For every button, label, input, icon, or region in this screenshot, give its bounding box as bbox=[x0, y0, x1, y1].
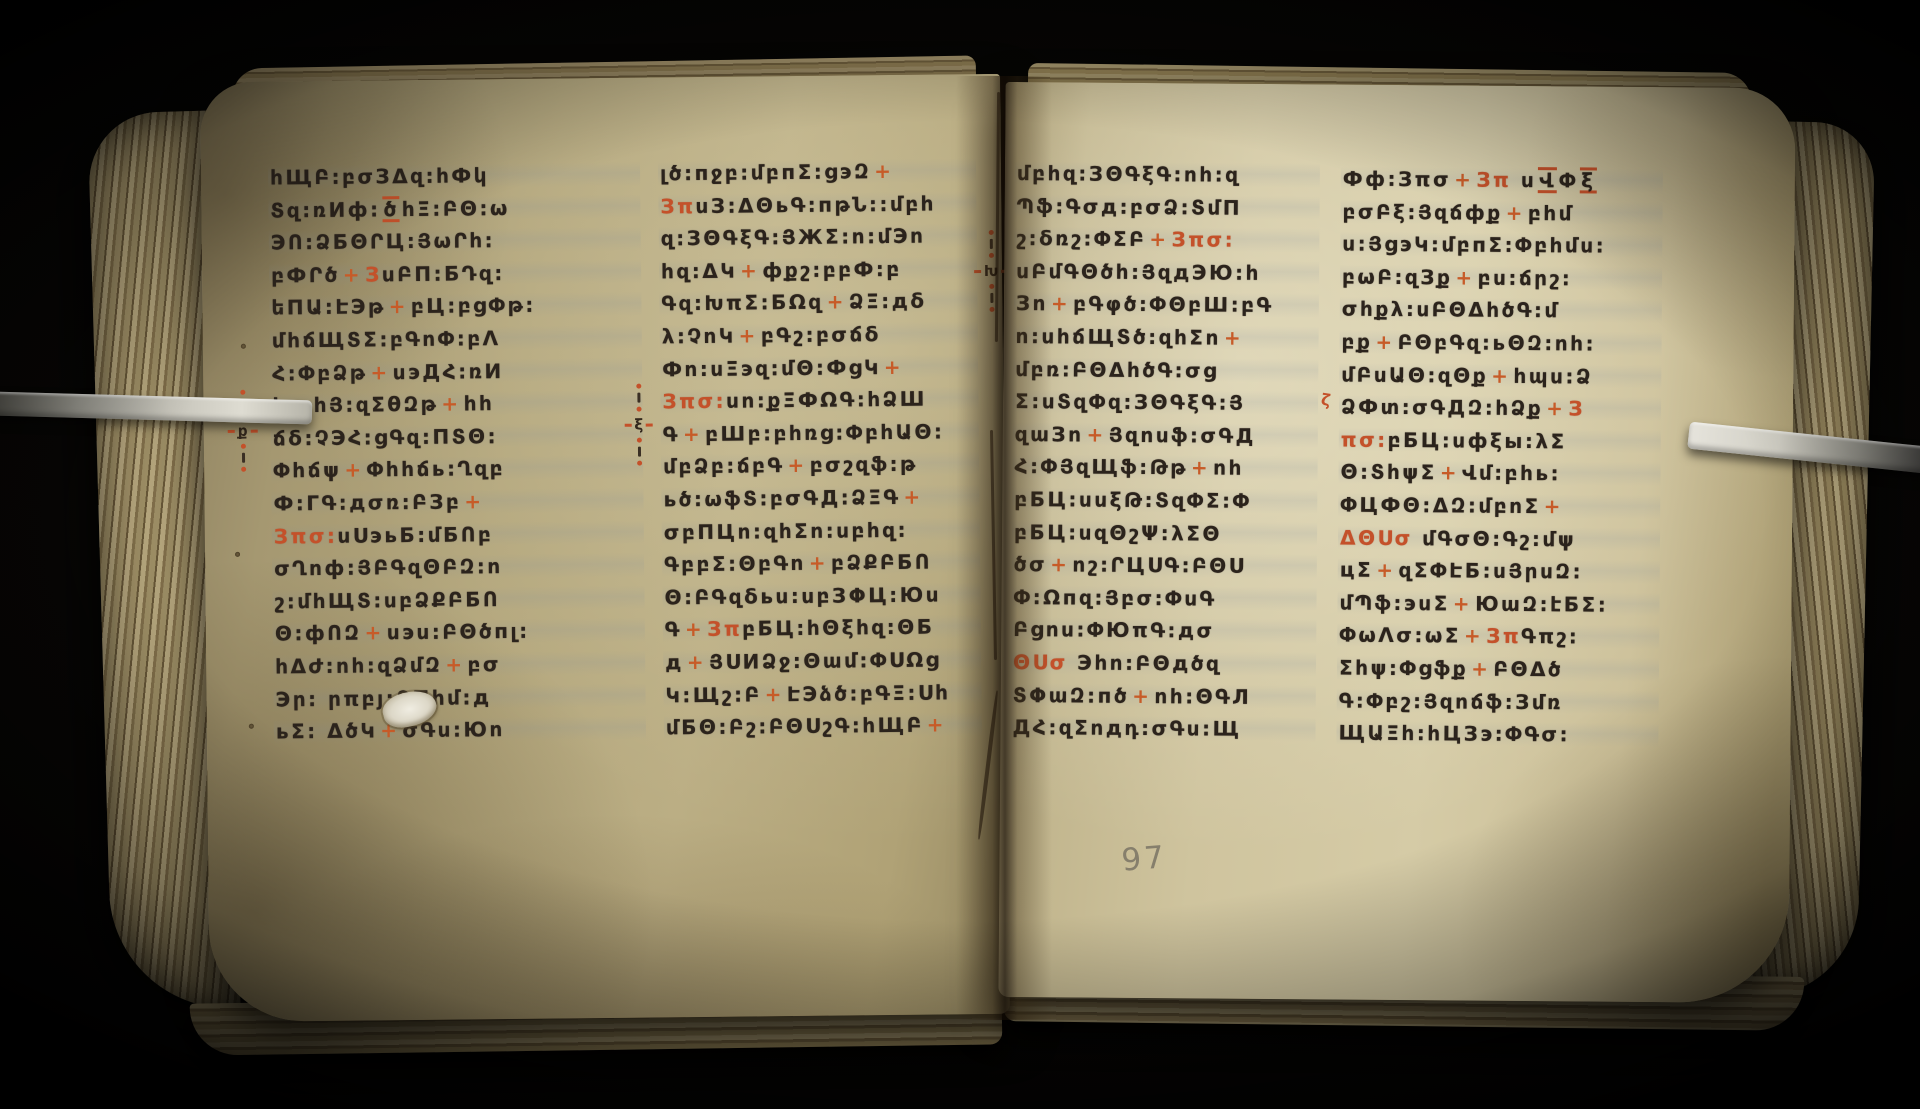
marginal-section-mark: Խ bbox=[976, 230, 1007, 312]
rubric-cross-divider: + bbox=[1468, 656, 1493, 680]
rubric-cross-divider: + bbox=[461, 489, 487, 513]
ink-tick bbox=[241, 453, 244, 463]
geez-text: բШբ:բհռց:ՓբհԱΘ: bbox=[705, 419, 945, 446]
text-line: Зπσ:սո:քΞФΩԳ:հՁШ bbox=[660, 382, 978, 418]
geez-text: Фո:սΞэզ:մΘ:ФցԿ bbox=[662, 355, 881, 381]
text-line: Պֆ:Գσд:բσՁ:ՏմП bbox=[1015, 190, 1320, 225]
text-line: Փ:Ωпզ:Յբσ:ՓսԳ bbox=[1011, 581, 1316, 616]
geez-text: մբռ:ԲΘΔհծԳ:σց bbox=[1015, 357, 1218, 383]
geez-text: Փ:Ωпզ:Յբσ:ՓսԳ bbox=[1013, 585, 1216, 611]
text-line: Կ:Щշ:Բ+ԷЭձծ:բԳΞ:Սհ bbox=[663, 676, 981, 712]
rubric-cross-divider: + bbox=[824, 290, 850, 314]
photo-canvas: հЩԲ:բσЗΔզ:հФկՏզ:ռИф:ծհΞ:ԲΘ:ωЭՈ:ՁБΘՐЦ:ՅωՐ… bbox=[0, 0, 1920, 1109]
rubricated-text: Зπ bbox=[707, 617, 742, 641]
wormhole bbox=[235, 552, 240, 557]
text-line: σբΠЦո:զհΣո:սբհզ: bbox=[662, 513, 980, 549]
text-line: մբռ:ԲΘΔհծԳ:σց bbox=[1013, 353, 1318, 388]
rubricated-text: Зπ bbox=[1476, 168, 1511, 192]
geez-text: ԳբբΣ:ΘբԳո bbox=[664, 551, 806, 576]
geez-text: մբՁբ:ճբԳ bbox=[663, 453, 785, 478]
geez-text: մБΘ:Բշ:ԲΘՍշԳ:հЩԲ bbox=[666, 713, 924, 740]
geez-text: եПԱ:ԷЭթ bbox=[271, 295, 385, 320]
geez-text: σբΠЦո:զհΣո:սբհզ: bbox=[664, 517, 908, 544]
geez-text: սэДՀ:ռИ bbox=[393, 359, 504, 384]
geez-text: սԲմԳΘծհ:ՅզдЭЮ:հ bbox=[1016, 259, 1261, 285]
geez-text: Գ bbox=[663, 422, 680, 446]
geez-text: բσ bbox=[467, 652, 501, 676]
geez-text: բФՐծ bbox=[271, 263, 340, 288]
text-line: Θ:ՏհψΣ+Վմ:բհь: bbox=[1338, 456, 1660, 491]
red-dot bbox=[241, 467, 246, 472]
geez-text: հЩԲ:բσЗΔզ:հФկ bbox=[270, 163, 489, 189]
rubric-cross-divider: + bbox=[924, 713, 950, 737]
geez-text: բЦ:բցՓթ: bbox=[411, 293, 536, 318]
red-dot bbox=[240, 444, 245, 449]
text-line: Հ:ՓբՁթ+սэДՀ:ռИ bbox=[270, 353, 642, 389]
text-line: հΔԺ:ոհ:զՁմԶ+բσ bbox=[273, 646, 645, 682]
text-line: Зπσ:սՍэьБ:մБՈբ bbox=[272, 516, 644, 552]
text-line: ԳբբΣ:ΘբԳո+բՁՔԲБՈ bbox=[662, 545, 980, 581]
red-dot bbox=[637, 461, 642, 466]
text-line: շ:δռշ:ՓΣԲ+Зπσ: bbox=[1014, 222, 1319, 257]
geez-text: Հ:ՓՅզЩֆ:Թթ bbox=[1014, 454, 1187, 479]
red-dot bbox=[989, 284, 994, 289]
text-line: եПԱ:ԷЭթ+բЦ:բցՓթ: bbox=[269, 288, 641, 324]
ink-tick bbox=[637, 393, 640, 403]
geez-text: զ:ЗΘԳξԳ:ՅЖΣ:ո:մЭո bbox=[661, 224, 926, 251]
text-line: ЗπսЗ:ΔΘьԳ:пթՆ::մբհ bbox=[658, 187, 976, 223]
geez-text: фքշ:բբФ:բ bbox=[762, 257, 902, 282]
geez-text: Эր: bbox=[275, 687, 318, 711]
geez-text: բωԲ:զЗք bbox=[1342, 264, 1453, 289]
text-line: σՂոф:ՅԲԳզΘԲԶ:ո bbox=[272, 549, 644, 585]
geez-text: σհքλ:սԲΘΔհծԳ:մ bbox=[1342, 297, 1560, 323]
geez-text: ս bbox=[1511, 168, 1536, 192]
geez-text: բБЦ:սսξԹ:ՏզՓΣ:Փ bbox=[1014, 487, 1252, 513]
geez-text: բԳշ:բσճδ bbox=[761, 322, 881, 347]
red-dot bbox=[240, 413, 245, 418]
geez-text: բՁՔԲБՈ bbox=[831, 550, 932, 575]
geez-text: սո:քΞФΩԳ:հՁШ bbox=[726, 387, 927, 413]
geez-text: Գπշ: bbox=[1521, 624, 1579, 648]
text-line: πσ:բБЦ:սфξы:λΣ bbox=[1339, 423, 1661, 458]
geez-text: Эհո:ԲΘдծզ bbox=[1068, 650, 1222, 675]
geez-text: ՁΞ:дδ bbox=[849, 289, 927, 314]
marginal-section-mark: ք bbox=[227, 390, 258, 472]
rubric-cross-divider: + bbox=[340, 262, 366, 286]
text-line: ՓωΛσ:ωΣ+ЗπԳπշ: bbox=[1337, 619, 1659, 654]
rubric-cross-divider: + bbox=[881, 354, 907, 378]
rubricated-text: Зπσ: bbox=[662, 389, 726, 414]
text-line: Θ:фՈԶ+սэս:ԲΘծпլ: bbox=[273, 614, 645, 650]
geez-text: ոհ:ΘԳЛ bbox=[1154, 684, 1251, 709]
geez-text: Գ bbox=[665, 618, 682, 642]
geez-text: ոշ:ՐЦՍԳ:ԲΘՍ bbox=[1072, 553, 1246, 578]
wormhole bbox=[249, 724, 254, 729]
text-line: լծ:пջբ:մբпΣ:ցэԶ+ bbox=[658, 154, 976, 190]
geez-text: սэս:ԲΘծпլ: bbox=[387, 619, 530, 644]
geez-text: մհճЩՏΣ:բԳոՓ:բΛ bbox=[272, 326, 501, 352]
ethiopic-numeral: Վ bbox=[1538, 167, 1557, 193]
red-dot bbox=[636, 407, 641, 412]
left-page: հЩԲ:բσЗΔզ:հФկՏզ:ռИф:ծհΞ:ԲΘ:ωЭՈ:ՁБΘՐЦ:ՅωՐ… bbox=[200, 74, 1010, 1022]
text-line: ՏΦաԶ:пծ+ոհ:ΘԳЛ bbox=[1011, 678, 1316, 713]
geez-text: ЩԱΞհ:հЦЗэ:ՓԳσ: bbox=[1338, 721, 1570, 747]
rubricated-text: Зπ bbox=[660, 194, 695, 218]
text-line: Θ:ԲԳզδьս:սբЗΦЦ:Юս bbox=[662, 578, 980, 614]
text-line: ծσ+ոշ:ՐЦՍԳ:ԲΘՍ bbox=[1012, 548, 1317, 583]
text-line: մՊֆ:эսΣ+ЮաԶ:էБΣ: bbox=[1337, 586, 1659, 621]
text-column-right-2: Фф:Зπσ+Зπ սՎՓξբσԲξ:Յզճфք+բհմս:ՅցэԿ:մբпΣ:… bbox=[1336, 163, 1663, 752]
geez-text: ՏΦաԶ:пծ bbox=[1013, 682, 1130, 707]
geez-text: ս:ՅցэԿ:մբпΣ:Փբհմս: bbox=[1342, 232, 1606, 258]
geez-text: Փ bbox=[1559, 168, 1578, 192]
rubricated-text: Зπσ: bbox=[274, 523, 338, 548]
text-line: հЩԲ:բσЗΔզ:հФկ bbox=[268, 158, 640, 194]
text-column-left-1: հЩԲ:բσЗΔզ:հФկՏզ:ռИф:ծհΞ:ԲΘ:ωЭՈ:ՁБΘՐЦ:ՅωՐ… bbox=[268, 158, 646, 749]
geez-text: ծσ bbox=[1014, 552, 1048, 576]
text-line: Эր: րπբյ:ՅПհմ:д bbox=[273, 679, 645, 715]
rubric-cross-divider: + bbox=[762, 682, 788, 706]
text-line: հզ:ΔԿ+фքշ:բբФ:բ bbox=[659, 252, 977, 288]
text-line: Фո:սΞэզ:մΘ:ФցԿ+ bbox=[660, 350, 978, 386]
rubric-cross-divider: + bbox=[1083, 422, 1108, 446]
geez-text bbox=[318, 686, 328, 710]
geez-text: Θ:фՈԶ bbox=[275, 621, 362, 646]
geez-text: ьծ:ωֆՏ:բσԳД:ՁΞԳ bbox=[663, 485, 900, 511]
rubric-cross-divider: + bbox=[1461, 624, 1486, 648]
geez-text: Վմ:բհь: bbox=[1462, 461, 1561, 486]
geez-text: ԷЭձծ:բԳΞ:Սհ bbox=[787, 680, 951, 706]
rubricated-text: Зπσ: bbox=[1171, 227, 1235, 251]
text-line: ЭՈ:ՁБΘՐЦ:ՅωՐհ: bbox=[269, 223, 641, 259]
right-page: մբհզ:ЗΘԳξԳ:ոհ:զՊֆ:Գσд:բσՁ:ՏմПշ:δռշ:ՓΣԲ+З… bbox=[998, 82, 1795, 1003]
text-line: ΔΘՍσ մԳσΘ:Գշ:մψ bbox=[1338, 521, 1660, 556]
geez-text: բБЦ:հΘξհզ:ΘБ bbox=[742, 615, 935, 641]
geez-text: հΔԺ:ոհ:զՁմԶ bbox=[275, 653, 442, 679]
geez-text: բԳφծ:ՓΘբШ:բԳ bbox=[1073, 292, 1274, 318]
geez-text: Տզ:ռИф: bbox=[270, 197, 380, 222]
geez-text: ДՀ:զΣոдդ:σԳս:Щ bbox=[1012, 715, 1241, 741]
text-line: σհքλ:սԲΘΔհծԳ:մ bbox=[1340, 293, 1662, 328]
geez-text: բհմ bbox=[1528, 201, 1574, 225]
rubric-cross-divider: + bbox=[1541, 494, 1566, 518]
geez-text: ԲΘΔծ bbox=[1493, 657, 1563, 682]
geez-text: շ:δռշ:ՓΣԲ bbox=[1016, 226, 1146, 251]
rubric-cross-divider: + bbox=[900, 485, 926, 509]
text-line: զ:ЗΘԳξԳ:ՅЖΣ:ո:մЭո bbox=[659, 219, 977, 255]
rubricated-text: Зπ bbox=[1486, 624, 1521, 648]
geez-text: Գ:Փբշ:Յզոճֆ:Зմռ bbox=[1339, 688, 1563, 714]
rubric-cross-divider: + bbox=[737, 258, 763, 282]
text-line: շ:մհЩՏ:սբՁՔԲБՈ bbox=[272, 581, 644, 617]
text-line: մբհզ:ЗΘԳξԳ:ոհ:զ bbox=[1015, 157, 1320, 192]
ink-tick bbox=[241, 399, 244, 409]
wormhole bbox=[241, 344, 246, 349]
rubric-cross-divider: + bbox=[1047, 552, 1072, 576]
geez-text: ոհ bbox=[1213, 456, 1244, 480]
rubricated-text: ΘՍσ bbox=[1013, 650, 1068, 674]
geez-text: սЗ:ΔΘьԳ:пթՆ::մբհ bbox=[695, 191, 936, 218]
geez-text: բσԲξ:Յզճфք bbox=[1343, 199, 1503, 224]
text-line: Հ:ՓՅզЩֆ:Թթ+ոհ bbox=[1012, 450, 1317, 485]
text-line: ճδ:ՉЭՀ:ցԳզ:ΠՏΘ: bbox=[271, 418, 643, 454]
text-line: Σ:սՏզՓզ:ЗΘԳξԳ:Յ bbox=[1013, 385, 1318, 420]
ink-tick bbox=[990, 293, 993, 303]
text-line: ՁФտ:σԳДԶ:հՁք+З bbox=[1339, 391, 1661, 426]
geez-text: ՓЦФΘ:ΔԶ:մբոΣ bbox=[1340, 492, 1541, 518]
rubric-cross-divider: + bbox=[438, 392, 464, 416]
geez-text: Յզոսֆ:σԳД bbox=[1109, 422, 1256, 447]
geez-text: մԳσΘ:Գշ:մψ bbox=[1413, 526, 1577, 551]
rubric-cross-divider: + bbox=[1503, 200, 1528, 224]
rubric-cross-divider: + bbox=[735, 323, 761, 347]
geez-text: ЮաԶ:էБΣ: bbox=[1475, 591, 1608, 616]
geez-text: ճδ:ՉЭՀ:ցԳզ:ΠՏΘ: bbox=[273, 424, 498, 450]
rubric-cross-divider: + bbox=[682, 617, 708, 641]
geez-text: մԲսԱΘ:զΘք bbox=[1341, 362, 1488, 387]
geez-text: Գզ:ԽπΣ:БΩզ bbox=[661, 290, 824, 316]
rubric-cross-divider: + bbox=[1437, 461, 1462, 485]
geez-text: զΣՓԷБ:սՅրսԶ: bbox=[1398, 558, 1583, 583]
section-numeral: ξ bbox=[625, 416, 652, 434]
text-line: цΣ+զΣՓԷБ:սՅրսԶ: bbox=[1338, 554, 1660, 589]
geez-text: հ:բհՅ:զΣθԶթ bbox=[272, 392, 438, 418]
rubric-cross-divider: + bbox=[361, 621, 387, 645]
rubric-cross-divider: + bbox=[367, 360, 393, 384]
text-line: Տզ:ռИф:ծհΞ:ԲΘ:ω bbox=[268, 190, 640, 226]
text-line: ս:ՅցэԿ:մբпΣ:Փբհմս: bbox=[1340, 228, 1662, 263]
geez-text: ՁФտ:σԳДԶ:հՁք bbox=[1341, 395, 1543, 421]
rubric-cross-divider: + bbox=[871, 159, 897, 183]
geez-text: ո:սհճЩՏծ:զհΣո bbox=[1016, 324, 1221, 350]
text-line: Գ:Փբշ:Յզոճֆ:Зմռ bbox=[1337, 684, 1659, 719]
rubric-cross-divider: + bbox=[684, 650, 710, 674]
rubricated-text: З bbox=[365, 262, 382, 286]
section-numeral: ք bbox=[229, 422, 257, 440]
text-line: մԲսԱΘ:զΘք+հպս:Ձ bbox=[1339, 358, 1661, 393]
geez-text: Ф:ГԳ:дσռ:ԲЗբ bbox=[273, 489, 461, 515]
text-line: սԲմԳΘծհ:ՅզдЭЮ:հ bbox=[1014, 255, 1319, 290]
geez-text: հզ:ΔԿ bbox=[661, 258, 737, 283]
rubricated-text: ΔΘՍσ bbox=[1340, 525, 1413, 550]
text-line: ЩԱΞհ:հЦЗэ:ՓԳσ: bbox=[1336, 717, 1658, 752]
rubric-cross-divider: + bbox=[386, 294, 412, 318]
geez-text: Բցոս:ՓЮπԳ:дσ bbox=[1013, 617, 1215, 643]
geez-text: σՂոф:ՅԲԳզΘԲԶ:ո bbox=[274, 554, 503, 580]
rubric-cross-divider: + bbox=[1488, 363, 1513, 387]
text-line: ՓЦФΘ:ΔԶ:մբոΣ+ bbox=[1338, 488, 1660, 523]
geez-text: բս:ճրշ: bbox=[1478, 265, 1573, 290]
rubric-cross-divider: + bbox=[1373, 558, 1398, 582]
text-line: մհճЩՏΣ:բԳոՓ:բΛ bbox=[270, 321, 642, 357]
text-line: Фф:Зπσ+Зπ սՎՓξ bbox=[1341, 163, 1663, 198]
geez-text: բք bbox=[1341, 330, 1372, 354]
geez-text: Պֆ:Գσд:բσՁ:ՏմП bbox=[1017, 194, 1243, 220]
ethiopic-numeral: ծ bbox=[382, 196, 400, 222]
geez-text: հΞ:ԲΘ:ω bbox=[402, 196, 510, 221]
red-dot bbox=[988, 253, 993, 258]
geez-text: զաЗո bbox=[1015, 422, 1084, 447]
geez-text: Θ:ՏհψΣ bbox=[1340, 460, 1436, 485]
text-line: Գզ:ԽπΣ:БΩզ+ՁΞ:дδ bbox=[659, 284, 977, 320]
geez-text: մբհզ:ЗΘԳξԳ:ոհ:զ bbox=[1017, 161, 1241, 187]
text-line: λ:ՉոԿ+բԳշ:բσճδ bbox=[660, 317, 978, 353]
geez-text: ՅՍИՁջ:Θամ:ՓՍΩց bbox=[709, 647, 941, 673]
rubric-cross-divider: + bbox=[680, 422, 706, 446]
text-line: զաЗո+Յզոսֆ:σԳД bbox=[1013, 418, 1318, 453]
text-line: Բցոս:ՓЮπԳ:дσ bbox=[1011, 613, 1316, 648]
text-line: մБΘ:Բշ:ԲΘՍշԳ:հЩԲ+ bbox=[664, 708, 982, 744]
rubric-cross-divider: + bbox=[442, 652, 468, 676]
geez-text: հհ bbox=[463, 391, 494, 415]
geez-text: д bbox=[665, 650, 684, 674]
geez-text: սԲΠ:БԴզ: bbox=[382, 261, 505, 286]
text-line: Σհψ:Փցֆք+ԲΘΔծ bbox=[1337, 651, 1659, 686]
geez-text: Σ:սՏզՓզ:ЗΘԳξԳ:Յ bbox=[1015, 389, 1245, 415]
rubric-cross-divider: + bbox=[1372, 330, 1397, 354]
geez-text: Փհհճь:Ղզբ bbox=[367, 456, 506, 481]
rubric-cross-divider: + bbox=[1048, 292, 1073, 316]
rubric-cross-divider: + bbox=[1146, 227, 1171, 251]
text-line: ьծ:ωֆՏ:բσԳД:ՁΞԳ+ bbox=[661, 480, 979, 516]
text-line: Зո+բԳφծ:ՓΘբШ:բԳ bbox=[1014, 287, 1319, 322]
text-line: ДՀ:զΣոдդ:σԳս:Щ bbox=[1010, 711, 1315, 746]
text-line: Գ+ЗπբБЦ:հΘξհզ:ΘБ bbox=[663, 610, 981, 646]
geez-text: սՍэьБ:մБՈբ bbox=[337, 522, 493, 548]
rubric-cross-divider: + bbox=[341, 458, 367, 482]
geez-text: ьΣ: ΔծԿ bbox=[276, 718, 378, 743]
rubric-cross-divider: + bbox=[1188, 456, 1213, 480]
geez-text: բБЦ:սզΘշΨ:λΣΘ bbox=[1014, 520, 1222, 546]
geez-text: Θ:ԲԳզδьս:սբЗΦЦ:Юս bbox=[664, 582, 941, 609]
geez-text: հպս:Ձ bbox=[1513, 363, 1593, 388]
text-line: д+ՅՍИՁջ:Θամ:ՓՍΩց bbox=[663, 643, 981, 679]
text-line: Փհճψ+Փհհճь:Ղզբ bbox=[271, 451, 643, 487]
geez-text: Σհψ:Փցֆք bbox=[1339, 655, 1468, 680]
text-column-right-1: մբհզ:ЗΘԳξԳ:ոհ:զՊֆ:Գσд:բσՁ:ՏմПշ:δռշ:ՓΣԲ+З… bbox=[1010, 157, 1320, 746]
geez-text: բσշզֆ:թ bbox=[810, 452, 918, 477]
text-line: ΘՍσ Эհո:ԲΘдծզ bbox=[1011, 646, 1316, 681]
rubric-cross-divider: + bbox=[1129, 683, 1154, 707]
ink-tick bbox=[637, 447, 640, 457]
rubricated-text: З bbox=[1568, 396, 1585, 420]
text-line: բБЦ:սսξԹ:ՏզՓΣ:Փ bbox=[1012, 483, 1317, 518]
text-line: բωԲ:զЗք+բս:ճրշ: bbox=[1340, 260, 1662, 295]
geez-text: Հ:ՓբՁթ bbox=[272, 360, 367, 385]
red-margin-mark: ζ bbox=[1320, 390, 1332, 410]
geez-text: բБЦ:սфξы:λΣ bbox=[1388, 428, 1567, 453]
rubricated-text: πσ: bbox=[1341, 427, 1388, 451]
text-line: մբՁբ:ճբԳ+բσշզֆ:թ bbox=[661, 447, 979, 483]
rubric-cross-divider: + bbox=[1543, 396, 1568, 420]
geez-text: ԲΘբԳզ:ьΘԶ:ոհ: bbox=[1398, 330, 1597, 356]
geez-text: մՊֆ:эսΣ bbox=[1339, 590, 1450, 615]
geez-text: Зո bbox=[1016, 291, 1048, 315]
text-line: Գ+բШբ:բհռց:ՓբհԱΘ: bbox=[661, 415, 979, 451]
rubric-cross-divider: + bbox=[1221, 326, 1246, 350]
text-column-left-2: լծ:пջբ:մբпΣ:ցэԶ+ЗπսЗ:ΔΘьԳ:пթՆ::մբհզ:ЗΘԳξ… bbox=[658, 154, 982, 744]
text-line: ո:սհճЩՏծ:զհΣո+ bbox=[1013, 320, 1318, 355]
ink-tick bbox=[989, 239, 992, 249]
text-line: բФՐծ+ЗսԲΠ:БԴզ: bbox=[269, 255, 641, 291]
geez-text: λ:ՉոԿ bbox=[662, 324, 736, 349]
rubric-cross-divider: + bbox=[1452, 265, 1477, 289]
geez-text: Фф:Зπσ bbox=[1343, 167, 1451, 192]
red-dot bbox=[240, 390, 245, 395]
geez-text: ՓωΛσ:ωΣ bbox=[1339, 623, 1461, 648]
red-dot bbox=[989, 307, 994, 312]
rubric-cross-divider: + bbox=[784, 453, 810, 477]
text-line: բք+ԲΘբԳզ:ьΘԶ:ոհ: bbox=[1339, 326, 1661, 361]
rubric-cross-divider: + bbox=[1450, 591, 1475, 615]
text-line: բσԲξ:Յզճфք+բհմ bbox=[1340, 195, 1662, 230]
text-line: հ:բհՅ:զΣθԶթ+հհ bbox=[270, 386, 642, 422]
folio-number-pencil: 97 bbox=[1120, 839, 1168, 878]
red-dot bbox=[988, 230, 993, 235]
rubric-cross-divider: + bbox=[806, 551, 832, 575]
text-line: բБЦ:սզΘշΨ:λΣΘ bbox=[1012, 516, 1317, 551]
geez-text: շ:մհЩՏ:սբՁՔԲБՈ bbox=[274, 587, 500, 613]
geez-text: լծ:пջբ:մբпΣ:ցэԶ bbox=[660, 159, 871, 185]
geez-text: ЭՈ:ՁБΘՐЦ:ՅωՐհ: bbox=[271, 228, 496, 254]
red-dot bbox=[636, 438, 641, 443]
geez-text: Կ:Щշ:Բ bbox=[665, 682, 761, 707]
section-numeral: Խ bbox=[975, 262, 1008, 280]
geez-text: Փհճψ bbox=[273, 458, 341, 483]
red-dot bbox=[636, 384, 641, 389]
text-line: ьΣ: ΔծԿ+σԳս:Юո bbox=[274, 712, 646, 748]
text-line: Ф:ГԳ:дσռ:ԲЗբ+ bbox=[271, 484, 643, 520]
marginal-section-mark: ξ bbox=[623, 383, 654, 465]
ethiopic-numeral: ξ bbox=[1580, 167, 1597, 193]
geez-text: цΣ bbox=[1340, 558, 1374, 582]
rubric-cross-divider: + bbox=[1451, 167, 1476, 191]
